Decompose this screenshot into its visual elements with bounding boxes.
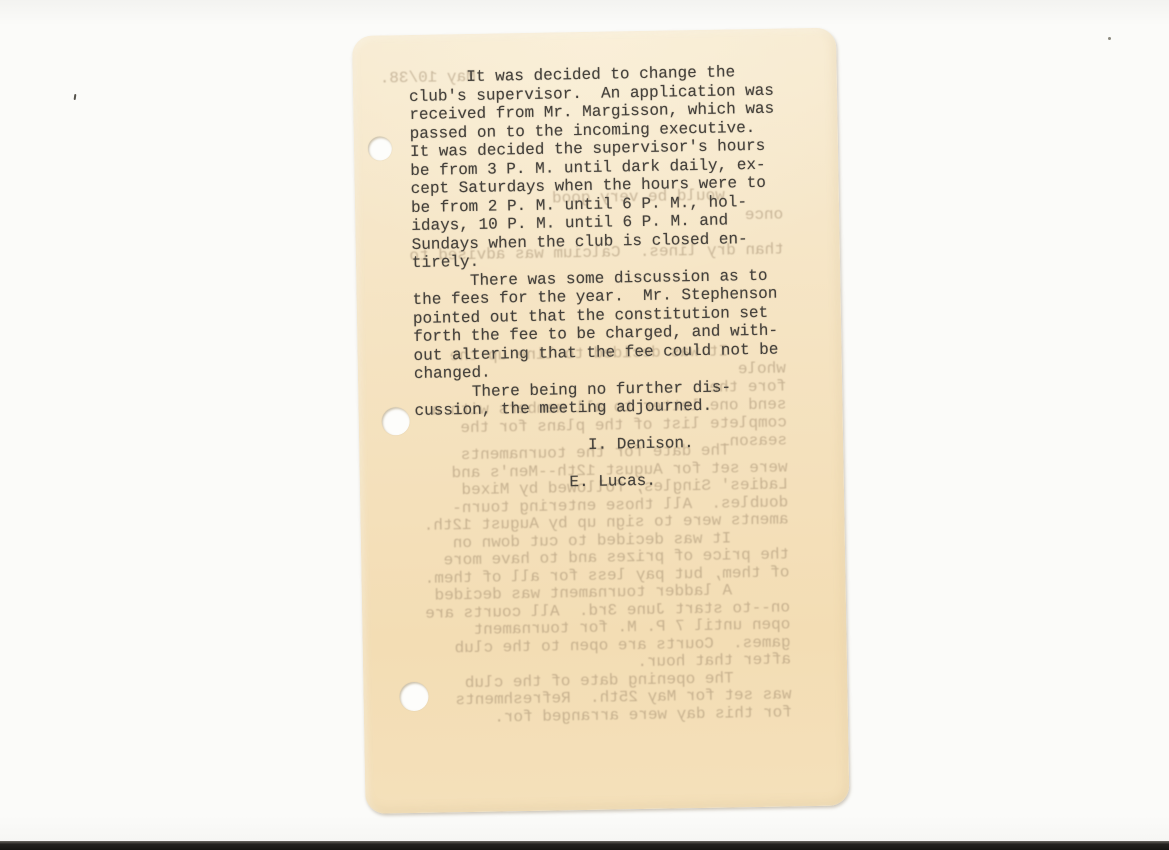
typewritten-text: It was decided to change theclub's super…: [409, 62, 806, 494]
bleed-through-line: A ladder tournament was decided: [434, 580, 790, 604]
bleed-through-line: The opening date of the club: [465, 668, 792, 692]
punch-hole: [399, 682, 429, 712]
punch-hole: [368, 136, 392, 160]
bleed-through-line: after that hour.: [637, 650, 791, 671]
bleed-through-line: It was decided to cut down on: [453, 528, 789, 552]
bleed-through-line: doubles. All those entering tourn-: [452, 493, 788, 517]
document-page: May 10/38.would be very goodoncethan dry…: [352, 28, 850, 814]
bleed-through-line: open until 7 P. M. for tournament: [473, 615, 790, 639]
scanner-edge-bar: [0, 841, 1169, 850]
bleed-through-line: on--to start June 3rd. All courts are: [425, 598, 790, 622]
bleed-through-line: for this day were arranged for.: [494, 703, 792, 726]
scan-speck: [1108, 37, 1111, 40]
bleed-through-line: was set for May 25th. Refreshments: [455, 685, 791, 709]
bleed-through-line: the price of prizes and to have more: [443, 545, 789, 569]
punch-hole: [381, 407, 409, 435]
bleed-through-line: of them, but pay less for all of them.: [424, 563, 789, 587]
bleed-through-line: aments were to sign up by August 12th.: [424, 510, 789, 534]
bleed-through-line: games. Courts are open to the club: [454, 633, 790, 657]
